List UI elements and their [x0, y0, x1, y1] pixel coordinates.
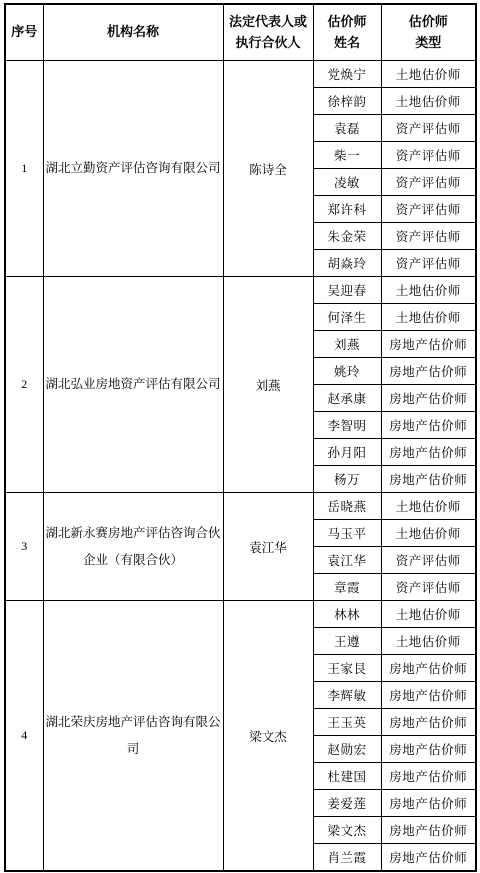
appraiser-type-cell: 资产评估师 [381, 574, 476, 601]
header-row: 序号机构名称法定代表人或 执行合伙人估价师 姓名估价师 类型 [5, 4, 476, 61]
appraiser-type-cell: 房地产估价师 [381, 709, 476, 736]
appraiser-type-cell: 房地产估价师 [381, 385, 476, 412]
appraiser-type-cell: 资产评估师 [381, 169, 476, 196]
appraiser-name-cell: 肖兰霞 [313, 844, 381, 872]
appraiser-name-cell: 党焕宁 [313, 61, 381, 88]
appraiser-name-cell: 何泽生 [313, 304, 381, 331]
header-legal-rep: 法定代表人或 执行合伙人 [223, 4, 313, 61]
appraiser-type-cell: 资产评估师 [381, 115, 476, 142]
appraiser-name-cell: 杜建国 [313, 763, 381, 790]
appraiser-row: 3湖北新永赛房地产评估咨询合伙企业（有限合伙）袁江华岳晓燕土地估价师 [5, 493, 476, 520]
legal-representative-cell: 梁文杰 [223, 601, 313, 872]
appraiser-row: 1湖北立勤资产评估咨询有限公司陈诗全党焕宁土地估价师 [5, 61, 476, 88]
appraiser-type-cell: 房地产估价师 [381, 412, 476, 439]
appraiser-name-cell: 凌敏 [313, 169, 381, 196]
appraiser-type-cell: 土地估价师 [381, 277, 476, 304]
document-body: 序号机构名称法定代表人或 执行合伙人估价师 姓名估价师 类型 1湖北立勤资产评估… [0, 0, 480, 872]
appraiser-type-cell: 房地产估价师 [381, 655, 476, 682]
appraiser-type-cell: 房地产估价师 [381, 844, 476, 872]
appraiser-type-cell: 土地估价师 [381, 304, 476, 331]
appraiser-type-cell: 房地产估价师 [381, 331, 476, 358]
appraiser-table: 序号机构名称法定代表人或 执行合伙人估价师 姓名估价师 类型 1湖北立勤资产评估… [4, 3, 477, 872]
serial-number-cell: 2 [5, 277, 43, 493]
appraiser-type-cell: 房地产估价师 [381, 466, 476, 493]
appraiser-name-cell: 杨万 [313, 466, 381, 493]
appraiser-type-cell: 资产评估师 [381, 196, 476, 223]
appraiser-type-cell: 房地产估价师 [381, 790, 476, 817]
appraiser-name-cell: 李辉敏 [313, 682, 381, 709]
appraiser-name-cell: 郑许科 [313, 196, 381, 223]
appraiser-name-cell: 袁磊 [313, 115, 381, 142]
appraiser-type-cell: 资产评估师 [381, 223, 476, 250]
appraiser-type-cell: 土地估价师 [381, 628, 476, 655]
legal-representative-cell: 陈诗全 [223, 61, 313, 277]
header-no: 序号 [5, 4, 43, 61]
appraiser-name-cell: 林林 [313, 601, 381, 628]
organization-name-cell: 湖北荣庆房地产评估咨询有限公司 [43, 601, 223, 872]
appraiser-type-cell: 房地产估价师 [381, 736, 476, 763]
appraiser-type-cell: 土地估价师 [381, 601, 476, 628]
appraiser-name-cell: 柴一 [313, 142, 381, 169]
appraiser-type-cell: 房地产估价师 [381, 817, 476, 844]
appraiser-type-cell: 土地估价师 [381, 61, 476, 88]
appraiser-name-cell: 赵勋宏 [313, 736, 381, 763]
organization-name-cell: 湖北弘业房地资产评估有限公司 [43, 277, 223, 493]
appraiser-name-cell: 王家艮 [313, 655, 381, 682]
appraiser-type-cell: 房地产估价师 [381, 763, 476, 790]
legal-representative-cell: 刘燕 [223, 277, 313, 493]
appraiser-row: 4湖北荣庆房地产评估咨询有限公司梁文杰林林土地估价师 [5, 601, 476, 628]
appraiser-type-cell: 土地估价师 [381, 520, 476, 547]
appraiser-name-cell: 岳晓燕 [313, 493, 381, 520]
appraiser-name-cell: 马玉平 [313, 520, 381, 547]
appraiser-type-cell: 资产评估师 [381, 250, 476, 277]
appraiser-type-cell: 房地产估价师 [381, 682, 476, 709]
appraiser-name-cell: 吴迎春 [313, 277, 381, 304]
appraiser-type-cell: 土地估价师 [381, 88, 476, 115]
appraiser-name-cell: 章霞 [313, 574, 381, 601]
serial-number-cell: 4 [5, 601, 43, 872]
appraiser-name-cell: 袁江华 [313, 547, 381, 574]
appraiser-name-cell: 刘燕 [313, 331, 381, 358]
legal-representative-cell: 袁江华 [223, 493, 313, 601]
organization-name-cell: 湖北新永赛房地产评估咨询合伙企业（有限合伙） [43, 493, 223, 601]
table-header-row: 序号机构名称法定代表人或 执行合伙人估价师 姓名估价师 类型 [5, 4, 476, 61]
organization-name-cell: 湖北立勤资产评估咨询有限公司 [43, 61, 223, 277]
appraiser-name-cell: 孙月阳 [313, 439, 381, 466]
table-body: 1湖北立勤资产评估咨询有限公司陈诗全党焕宁土地估价师徐梓韵土地估价师袁磊资产评估… [5, 61, 476, 872]
header-org-name: 机构名称 [43, 4, 223, 61]
appraiser-type-cell: 资产评估师 [381, 142, 476, 169]
appraiser-type-cell: 资产评估师 [381, 547, 476, 574]
appraiser-name-cell: 赵承康 [313, 385, 381, 412]
appraiser-name-cell: 梁文杰 [313, 817, 381, 844]
appraiser-name-cell: 李智明 [313, 412, 381, 439]
header-appraiser-name: 估价师 姓名 [313, 4, 381, 61]
appraiser-name-cell: 姚玲 [313, 358, 381, 385]
appraiser-name-cell: 王玉英 [313, 709, 381, 736]
appraiser-name-cell: 徐梓韵 [313, 88, 381, 115]
appraiser-name-cell: 王遵 [313, 628, 381, 655]
appraiser-name-cell: 朱金荣 [313, 223, 381, 250]
appraiser-row: 2湖北弘业房地资产评估有限公司刘燕吴迎春土地估价师 [5, 277, 476, 304]
serial-number-cell: 3 [5, 493, 43, 601]
appraiser-type-cell: 土地估价师 [381, 493, 476, 520]
appraiser-name-cell: 胡焱玲 [313, 250, 381, 277]
appraiser-name-cell: 姜爱莲 [313, 790, 381, 817]
appraiser-type-cell: 房地产估价师 [381, 439, 476, 466]
appraiser-type-cell: 房地产估价师 [381, 358, 476, 385]
serial-number-cell: 1 [5, 61, 43, 277]
header-appraiser-type: 估价师 类型 [381, 4, 476, 61]
